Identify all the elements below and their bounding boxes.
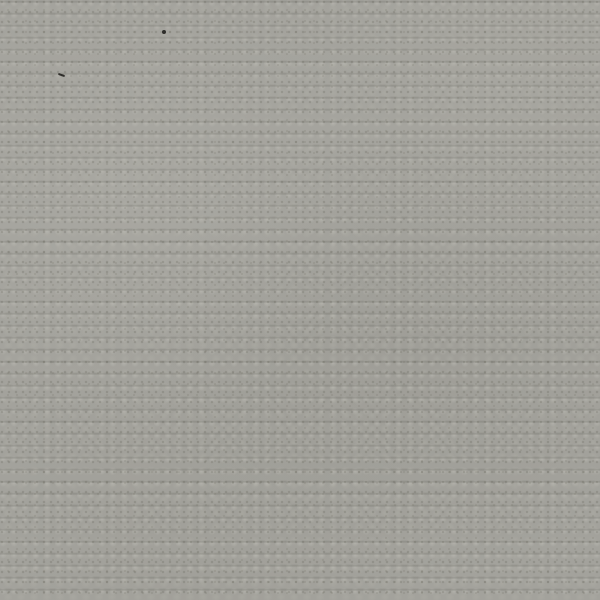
dark-fleck xyxy=(162,30,166,34)
texture-speckle-layer xyxy=(0,0,600,600)
fabric-texture xyxy=(0,0,600,600)
